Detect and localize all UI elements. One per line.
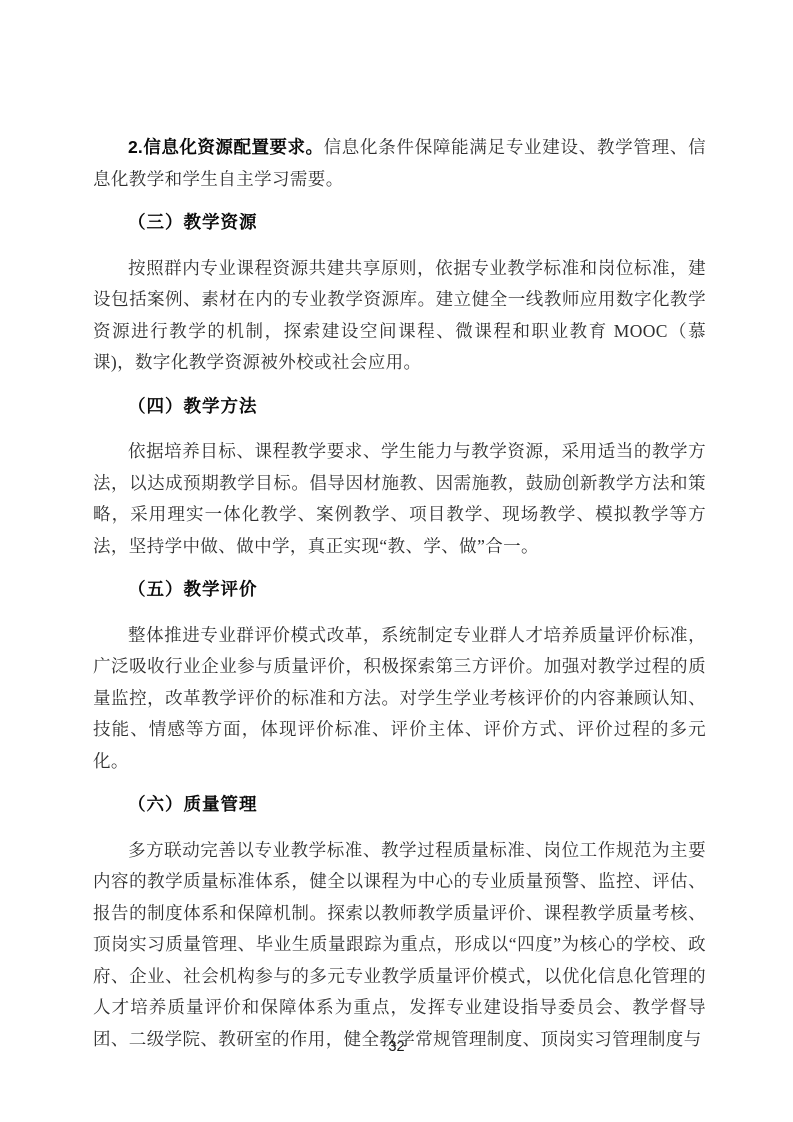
paragraph-intro: 2.信息化资源配置要求。信息化条件保障能满足专业建设、教学管理、信息化教学和学生… [93,132,706,195]
section-paragraph-quality-management: 多方联动完善以专业教学标准、教学过程质量标准、岗位工作规范为主要内容的教学质量标… [93,835,706,1056]
section-heading-teaching-resources: （三）教学资源 [93,207,706,239]
section-heading-quality-management: （六）质量管理 [93,789,706,821]
section-paragraph-teaching-methods: 依据培养目标、课程教学要求、学生能力与教学资源，采用适当的教学方法，以达成预期教… [93,436,706,562]
section-paragraph-teaching-resources: 按照群内专业课程资源共建共享原则，依据专业教学标准和岗位标准，建设包括案例、素材… [93,253,706,379]
section-heading-teaching-evaluation: （五）教学评价 [93,574,706,606]
page-number: 32 [388,1039,404,1055]
section-paragraph-teaching-evaluation: 整体推进专业群评价模式改革，系统制定专业群人才培养质量评价标准，广泛吸收行业企业… [93,620,706,778]
section-heading-teaching-methods: （四）教学方法 [93,391,706,423]
document-page: 2.信息化资源配置要求。信息化条件保障能满足专业建设、教学管理、信息化教学和学生… [0,0,793,1122]
page-footer: 32 [0,1038,793,1056]
intro-lead-bold: 2.信息化资源配置要求。 [128,137,324,157]
